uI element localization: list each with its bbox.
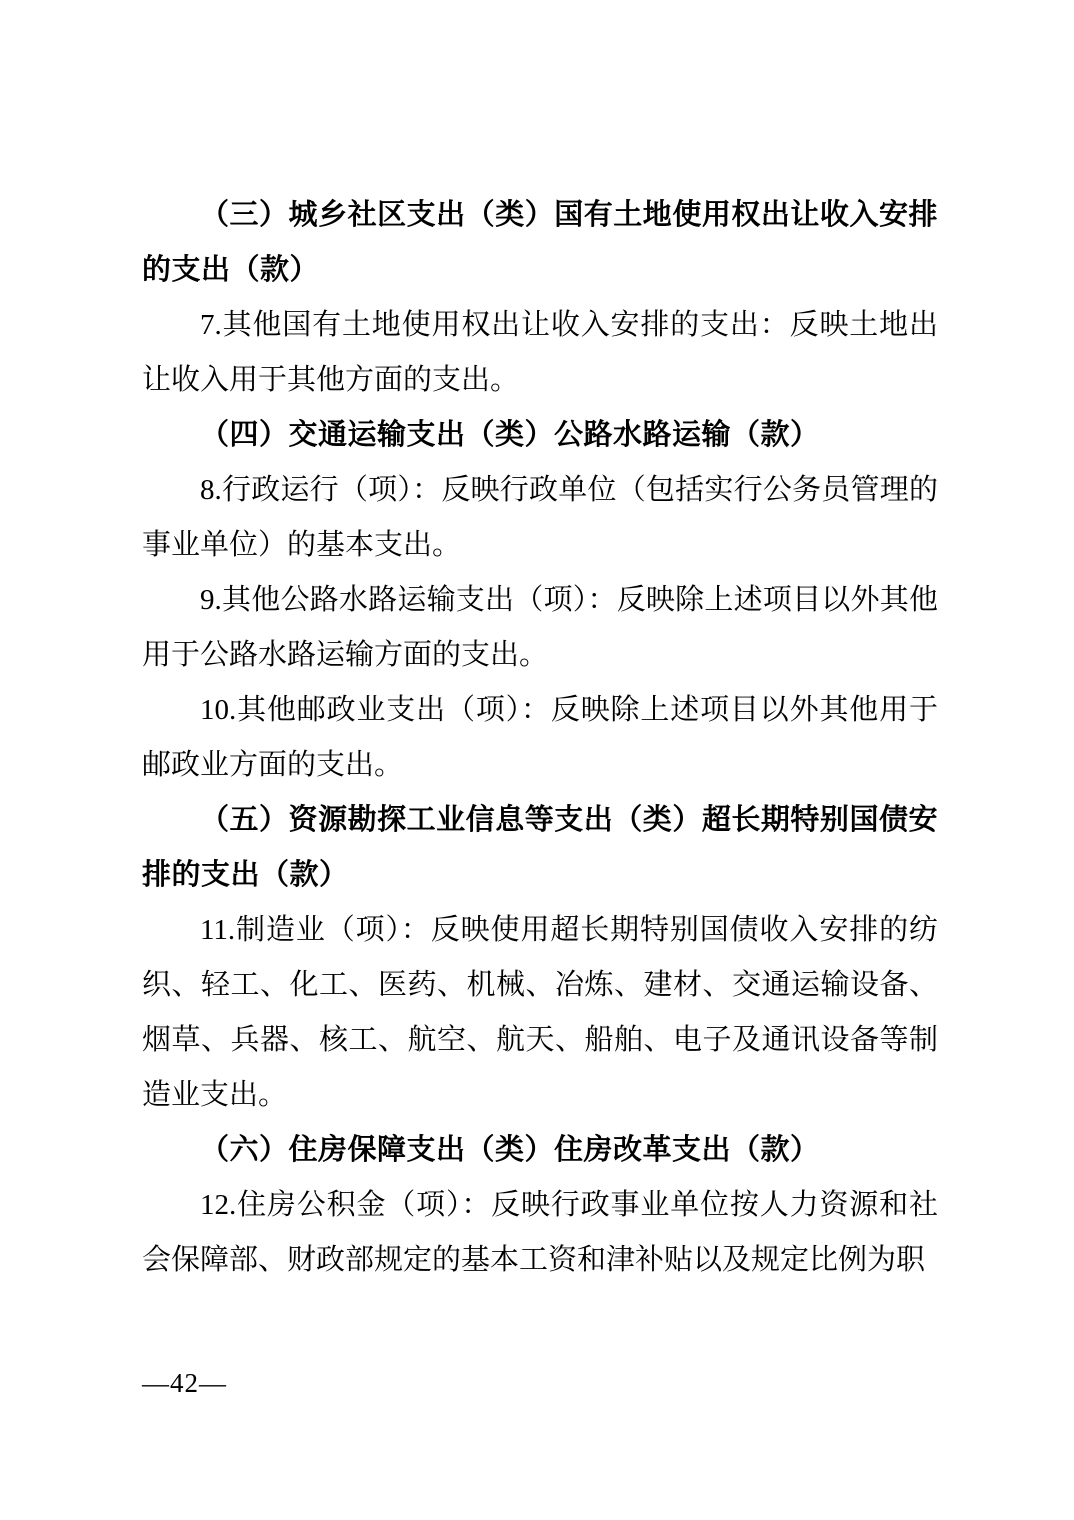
section-heading-housing-security-expenditure: （六）住房保障支出（类）住房改革支出（款）	[142, 1123, 938, 1178]
document-body: （三）城乡社区支出（类）国有土地使用权出让收入安排的支出（款） 7.其他国有土地…	[142, 188, 938, 1288]
paragraph-item-11: 11.制造业（项）：反映使用超长期特别国债收入安排的纺织、轻工、化工、医药、机械…	[142, 903, 938, 1123]
page-number: —42—	[142, 1368, 227, 1398]
paragraph-item-12: 12.住房公积金（项）：反映行政事业单位按人力资源和社会保障部、财政部规定的基本…	[142, 1178, 938, 1288]
section-heading-urban-rural-community-expenditure: （三）城乡社区支出（类）国有土地使用权出让收入安排的支出（款）	[142, 188, 938, 298]
paragraph-item-8: 8.行政运行（项）：反映行政单位（包括实行公务员管理的事业单位）的基本支出。	[142, 463, 938, 573]
paragraph-item-10: 10.其他邮政业支出（项）：反映除上述项目以外其他用于邮政业方面的支出。	[142, 683, 938, 793]
paragraph-item-9: 9.其他公路水路运输支出（项）：反映除上述项目以外其他用于公路水路运输方面的支出…	[142, 573, 938, 683]
section-heading-transport-expenditure: （四）交通运输支出（类）公路水路运输（款）	[142, 408, 938, 463]
paragraph-item-7: 7.其他国有土地使用权出让收入安排的支出：反映土地出让收入用于其他方面的支出。	[142, 298, 938, 408]
document-page: （三）城乡社区支出（类）国有土地使用权出让收入安排的支出（款） 7.其他国有土地…	[0, 0, 1074, 1520]
section-heading-resource-exploration-expenditure: （五）资源勘探工业信息等支出（类）超长期特别国债安排的支出（款）	[142, 793, 938, 903]
